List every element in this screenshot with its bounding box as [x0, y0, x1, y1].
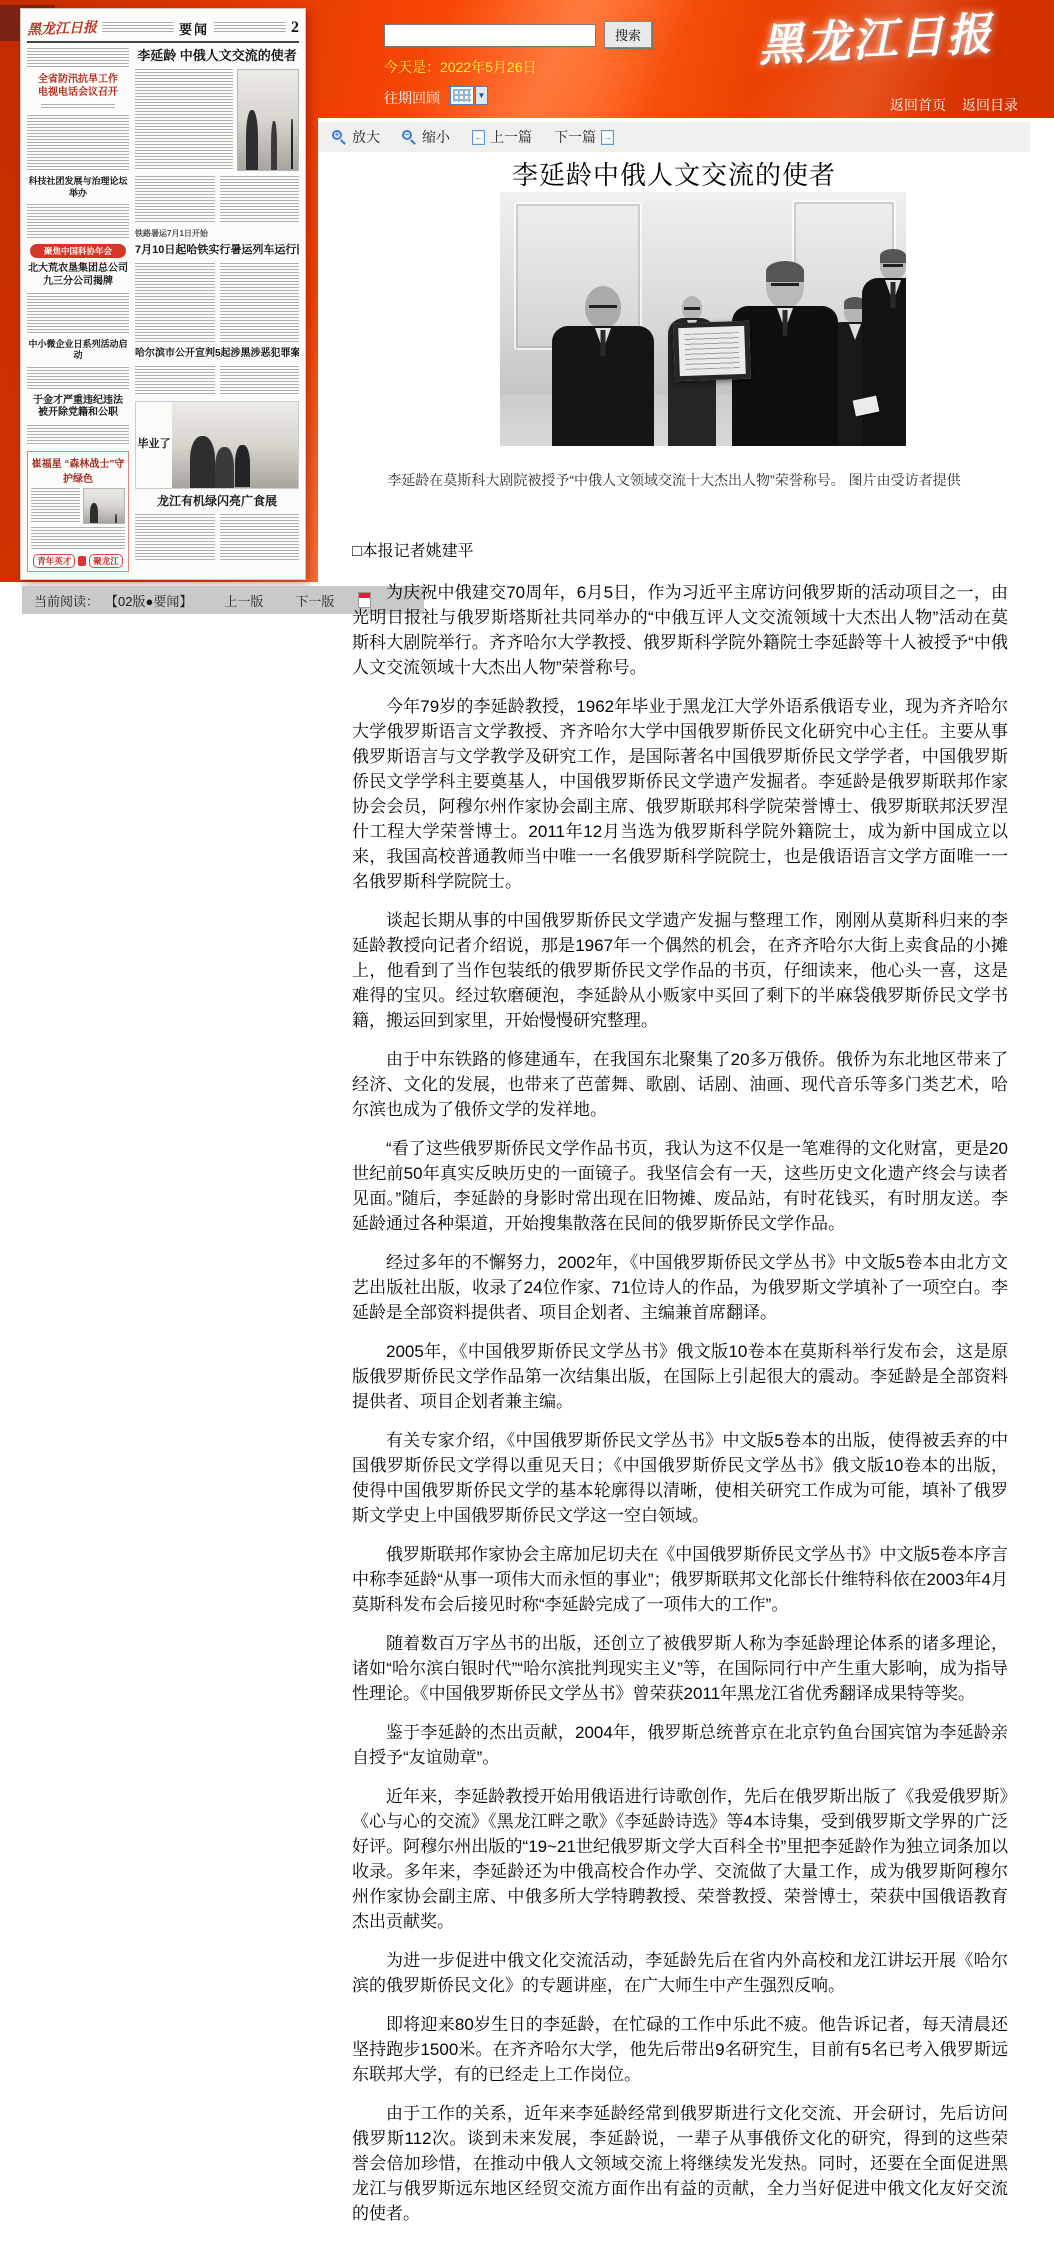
simulated-text	[31, 488, 80, 524]
lantern-icon	[78, 556, 86, 566]
photo-background-figure	[862, 250, 906, 446]
article-paragraph: 为进一步促进中俄文化交流活动，李延龄先后在省内外高校和龙江讲坛开展《哈尔滨的俄罗…	[352, 1948, 1008, 1998]
article-paragraph: 经过多年的不懈努力，2002年，《中国俄罗斯侨民文学丛书》中文版5卷本由北方文艺…	[352, 1250, 1008, 1325]
simulated-text	[27, 48, 129, 69]
back-home-link[interactable]: 返回首页	[890, 95, 946, 115]
headline-liyanling-main[interactable]: 李延龄 中俄人文交流的使者	[135, 48, 299, 64]
simulated-text	[135, 176, 215, 224]
search-button[interactable]: 搜索	[604, 21, 652, 48]
prev-article-label: 上一篇	[490, 127, 532, 147]
next-article-icon	[601, 130, 614, 145]
header-links: 返回首页 返回目录	[890, 95, 1018, 115]
simulated-text	[27, 204, 129, 239]
newspaper-masthead-logo: 黑龙江日报	[27, 17, 98, 39]
zoom-out-icon: −	[402, 130, 417, 145]
headline-graduated[interactable]: 毕业了	[136, 402, 172, 488]
article-paragraph: 由于中东铁路的修建通车，在我国东北聚集了20多万俄侨。俄侨为东北地区带来了经济、…	[352, 1047, 1008, 1122]
headline-yujincai[interactable]: 于金才严重违纪违法 被开除党籍和公职	[27, 395, 129, 420]
simulated-text	[27, 367, 129, 390]
back-toc-link[interactable]: 返回目录	[962, 95, 1018, 115]
boxed-article-cuifuxing[interactable]: 崔福星 “森林战士”守护绿色 青年英才 聚龙江	[27, 451, 129, 572]
photo-figure-left	[552, 286, 654, 446]
award-plaque	[673, 321, 751, 382]
photo-caption: 李延龄在莫斯科大剧院被授予“中俄人文领域交流十大杰出人物”荣誉称号。 图片由受访…	[330, 470, 1018, 490]
search-input[interactable]	[384, 24, 596, 47]
next-page-link[interactable]: 下一版	[295, 591, 334, 610]
simulated-text	[31, 527, 125, 551]
article-paragraph: “看了这些俄罗斯侨民文学作品书页，我认为这不仅是一笔难得的文化财富，更是20世纪…	[352, 1136, 1008, 1236]
simulated-text	[102, 22, 174, 34]
newspaper-page-thumbnail[interactable]: 黑龙江日报 要闻 2 全省防汛抗旱工作 电视电话会议召开 科技社团发展与治理论坛…	[20, 8, 306, 580]
article-body: 为庆祝中俄建交70周年，6月5日，作为习近平主席访问俄罗斯的活动项目之一，由光明…	[352, 580, 1008, 2240]
article-byline: □本报记者姚建平	[352, 538, 474, 561]
simulated-text	[135, 514, 215, 560]
article-paragraph: 今年79岁的李延龄教授，1962年毕业于黑龙江大学外语系俄语专业，现为齐齐哈尔大…	[352, 694, 1008, 894]
simulated-text	[220, 366, 300, 396]
next-article-label: 下一篇	[554, 127, 596, 147]
headline-cuifuxing[interactable]: 崔福星 “森林战士”守护绿色	[31, 455, 125, 485]
kicker-summer-rail: 铁路暑运7月1日开始	[135, 229, 299, 239]
prev-article-button[interactable]: 上一篇	[472, 127, 532, 147]
article-paragraph: 即将迎来80岁生日的李延龄，在忙碌的工作中乐此不疲。他告诉记者，每天清晨还坚持跑…	[352, 2012, 1008, 2087]
article-paragraph: 2005年，《中国俄罗斯侨民文学丛书》俄文版10卷本在莫斯科举行发布会，这是原版…	[352, 1339, 1008, 1414]
simulated-text	[41, 104, 115, 109]
prev-page-link[interactable]: 上一版	[224, 591, 263, 610]
simulated-text	[135, 69, 233, 171]
simulated-text	[220, 514, 300, 560]
headline-beidahuang[interactable]: 北大荒农垦集团总公司 九三分公司揭牌	[27, 263, 129, 288]
zoom-in-icon: +	[332, 130, 347, 145]
current-page-label: 【02版●要闻】	[105, 591, 192, 610]
article-paragraph: 谈起长期从事的中国俄罗斯侨民文学遗产发掘与整理工作，刚刚从莫斯科归来的李延龄教授…	[352, 908, 1008, 1033]
calendar-picker-icon[interactable]	[450, 86, 474, 105]
simulated-text	[214, 22, 286, 34]
article-photo	[500, 192, 906, 446]
headline-tech-forum[interactable]: 科技社团发展与治理论坛举办	[27, 176, 129, 199]
banner-kexie[interactable]: 聚焦中国科协年会	[30, 244, 126, 258]
next-article-button[interactable]: 下一篇	[554, 127, 614, 147]
date-text: 今天是：2022年5月26日	[384, 57, 537, 77]
zoom-in-label: 放大	[352, 127, 380, 147]
simulated-text	[220, 176, 300, 224]
simulated-text	[135, 263, 215, 343]
simulated-text	[135, 366, 215, 396]
simulated-text	[27, 425, 129, 446]
past-issues-label: 往期回顾	[384, 88, 440, 108]
award-mini-photo	[237, 69, 299, 171]
calendar-dropdown-arrow-icon[interactable]: ▼	[475, 86, 488, 105]
article-paragraph: 由于工作的关系，近年来李延龄经常到俄罗斯进行文化交流、开会研讨，先后访问俄罗斯1…	[352, 2101, 1008, 2226]
cuifuxing-photo	[83, 488, 125, 524]
banner-youth-right: 聚龙江	[89, 554, 123, 568]
headline-flood-meeting[interactable]: 全省防汛抗旱工作 电视电话会议召开	[27, 74, 129, 99]
current-reading-label: 当前阅读：	[34, 591, 99, 610]
graduation-photo	[172, 402, 298, 488]
article-paragraph: 有关专家介绍，《中国俄罗斯侨民文学丛书》中文版5卷本的出版，使得被丢弃的中国俄罗…	[352, 1428, 1008, 1528]
article-paragraph: 俄罗斯联邦作家协会主席加尼切夫在《中国俄罗斯侨民文学丛书》中文版5卷本序言中称李…	[352, 1542, 1008, 1617]
newspaper-masthead: 黑龙江日报 要闻 2	[27, 15, 299, 43]
zoom-in-button[interactable]: + 放大	[332, 127, 380, 147]
headline-court-cases[interactable]: 哈尔滨市公开宣判5起涉黑涉恶犯罪案件	[135, 348, 299, 361]
prev-article-icon	[472, 130, 485, 145]
headline-rail-schedule[interactable]: 7月10日起哈铁实行暑运列车运行图	[135, 244, 299, 258]
headline-organic-food-expo[interactable]: 龙江有机绿闪亮广食展	[135, 494, 299, 509]
banner-youth-left: 青年英才	[33, 554, 75, 568]
article-paragraph: 随着数百万字丛书的出版，还创立了被俄罗斯人称为李延龄理论体系的诸多理论，诸如“哈…	[352, 1631, 1008, 1706]
newspaper-page-number: 2	[291, 19, 299, 37]
article-toolbar: + 放大 − 缩小 上一篇 下一篇	[318, 122, 1030, 152]
simulated-text	[27, 293, 129, 334]
banner-youth-talent[interactable]: 青年英才 聚龙江	[31, 554, 125, 568]
article-paragraph: 近年来，李延龄教授开始用俄语进行诗歌创作，先后在俄罗斯出版了《我爱俄罗斯》《心与…	[352, 1784, 1008, 1934]
simulated-text	[27, 115, 129, 172]
article-paragraph: 鉴于李延龄的杰出贡献，2004年，俄罗斯总统普京在北京钓鱼台国宾馆为李延龄亲自授…	[352, 1720, 1008, 1770]
zoom-out-button[interactable]: − 缩小	[402, 127, 450, 147]
article-paragraph: 为庆祝中俄建交70周年，6月5日，作为习近平主席访问俄罗斯的活动项目之一，由光明…	[352, 580, 1008, 680]
simulated-text	[220, 263, 300, 343]
article-title: 李延龄中俄人文交流的使者	[318, 155, 1030, 192]
zoom-out-label: 缩小	[422, 127, 450, 147]
newspaper-section-label: 要闻	[179, 19, 209, 38]
headline-sme-day[interactable]: 中小微企业日系列活动启动	[27, 339, 129, 362]
